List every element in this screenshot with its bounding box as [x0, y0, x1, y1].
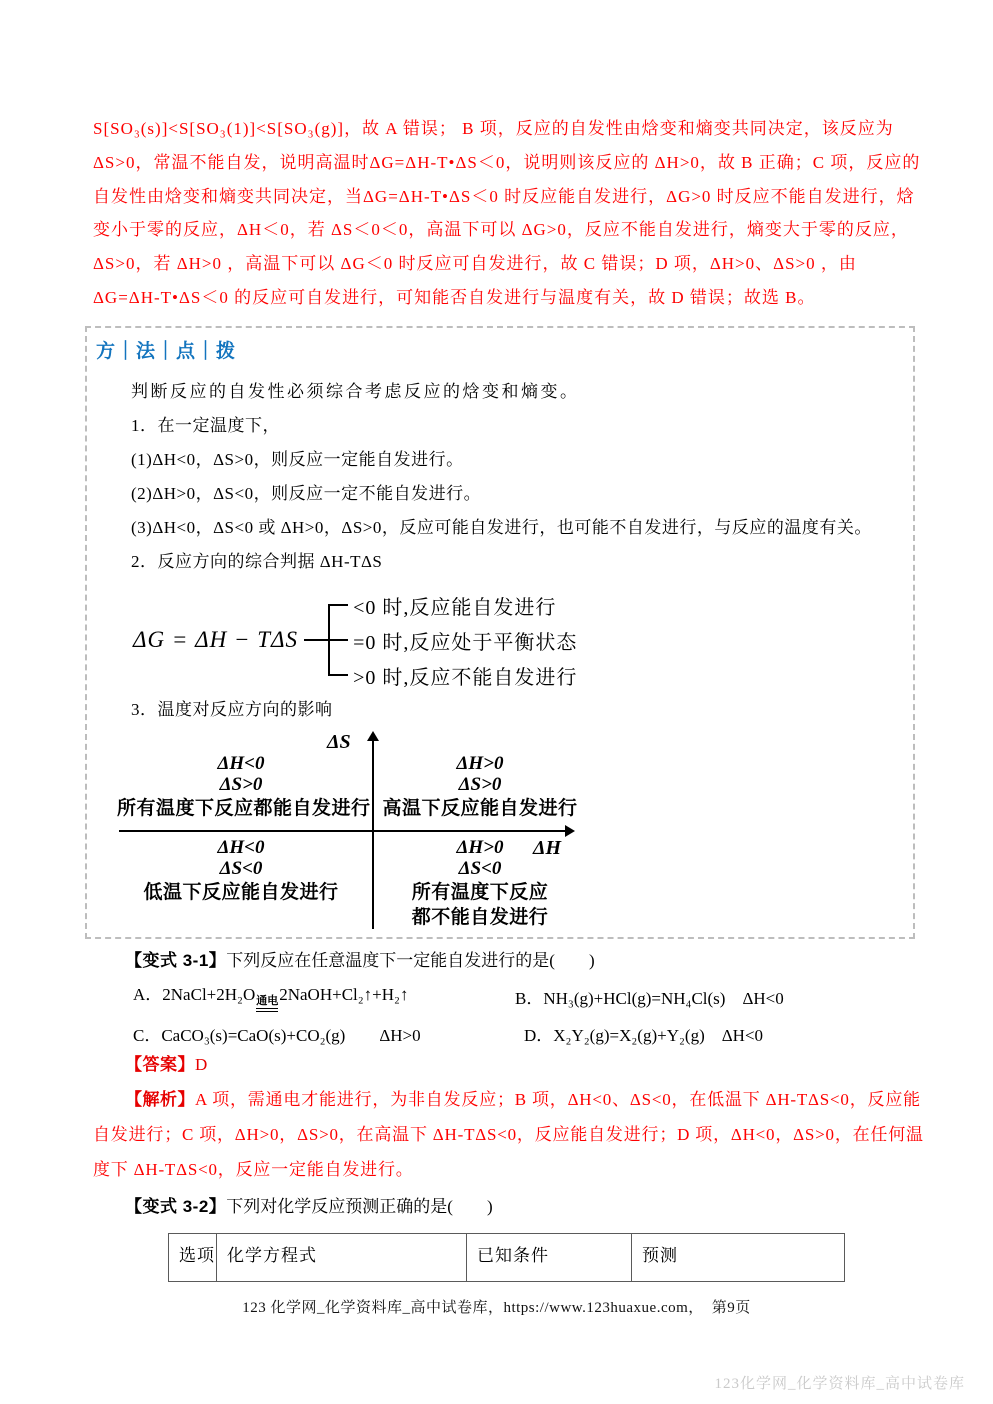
method-item-3: 3．温度对反应方向的影响 [131, 693, 913, 727]
electrolysis-condition: 通电 [256, 996, 278, 1012]
branch-text: =0 时,反应处于平衡状态 [353, 626, 577, 655]
quadrant-top-right: ΔH>0 ΔS>0 高温下反应能自发进行 [380, 753, 580, 820]
y-axis-arrow-icon [367, 731, 379, 741]
quadrant-condition: ΔS<0 [117, 858, 365, 879]
variant-3-2-question: 下列对化学反应预测正确的是( ) [226, 1197, 492, 1216]
red-analysis-line: S[SO₃(s)]<S[SO₃(1)]<S[SO₃(g)]，故 A 错误； B … [93, 112, 918, 146]
method-tips-title: 方｜法｜点｜拨 [96, 336, 913, 363]
prediction-table: 选项 化学方程式 已知条件 预测 [168, 1233, 845, 1282]
answer-label: 【答案】 [125, 1055, 195, 1074]
double-line-icon [256, 1008, 278, 1012]
quadrant-conclusion: 低温下反应能自发进行 [117, 881, 365, 904]
option-a-suffix: 2NaOH+Cl₂↑+H₂↑ [279, 985, 408, 1004]
option-c: C．CaCO₃(s)=CaO(s)+CO₂(g) ΔH>0 [133, 1021, 421, 1046]
red-analysis-block: S[SO₃(s)]<S[SO₃(1)]<S[SO₃(g)]，故 A 错误； B … [93, 112, 918, 315]
figure-branches: <0 时,反应能自发进行 =0 时,反应处于平衡状态 >0 时,反应不能自发进行 [328, 588, 577, 693]
branch-stub-line [328, 674, 348, 676]
quadrant-bottom-left: ΔH<0 ΔS<0 低温下反应能自发进行 [117, 837, 365, 904]
page-footer: 123 化学网_化学资料库_高中试卷库，https://www.123huaxu… [0, 1296, 993, 1317]
quadrant-conclusion: 所有温度下反应都能自发进行 [117, 797, 365, 820]
red-analysis-line: ΔG=ΔH-T•ΔS＜0 的反应可自发进行，可知能否自发进行与温度有关，故 D … [93, 281, 918, 315]
method-tips-box: 方｜法｜点｜拨 判断反应的自发性必须综合考虑反应的焓变和熵变。 1．在一定温度下… [85, 326, 915, 939]
y-axis-line [372, 740, 374, 929]
document-page: S[SO₃(s)]<S[SO₃(1)]<S[SO₃(g)]，故 A 错误； B … [0, 0, 993, 1404]
answer-line: 【答案】D [125, 1050, 207, 1075]
analysis-line: 【解析】A 项，需通电才能进行，为非自发反应；B 项，ΔH<0、ΔS<0，在低温… [125, 1085, 921, 1110]
red-analysis-line: 自发性由焓变和熵变共同决定，当ΔG=ΔH-T•ΔS＜0 时反应能自发进行，ΔG>… [93, 180, 918, 214]
branch-text: <0 时,反应能自发进行 [353, 591, 556, 620]
red-analysis-line: ΔS>0，常温不能自发，说明高温时ΔG=ΔH-T•ΔS＜0，说明则该反应的 ΔH… [93, 146, 918, 180]
method-subitem: (3)ΔH<0，ΔS<0 或 ΔH>0，ΔS>0，反应可能自发进行，也可能不自发… [131, 511, 913, 545]
red-analysis-line: ΔS>0，若 ΔH>0 ，高温下可以 ΔG＜0 时反应可自发进行，故 C 错误；… [93, 247, 918, 281]
quadrant-top-left: ΔH<0 ΔS>0 所有温度下反应都能自发进行 [117, 753, 365, 820]
figure-branch: =0 时,反应处于平衡状态 [328, 623, 577, 658]
x-axis-line [119, 830, 567, 832]
quadrant-condition: ΔH<0 [117, 753, 365, 774]
figure-branch: <0 时,反应能自发进行 [328, 588, 577, 623]
quadrant-bottom-right: ΔH>0 ΔS<0 所有温度下反应 都不能自发进行 [380, 837, 580, 929]
analysis-line: 度下 ΔH-TΔS<0，反应一定能自发进行。 [93, 1155, 414, 1180]
variant-3-2-heading: 【变式 3-2】下列对化学反应预测正确的是( ) [125, 1192, 493, 1217]
quadrant-condition: ΔH>0 [380, 837, 580, 858]
quadrant-condition: ΔS>0 [380, 774, 580, 795]
figure-branch: >0 时,反应不能自发进行 [328, 658, 577, 693]
condition-label: 通电 [256, 996, 278, 1007]
option-a: A．2NaCl+2H₂O通电2NaOH+Cl₂↑+H₂↑ [133, 980, 408, 1012]
branch-stub-line [328, 604, 348, 606]
red-analysis-line: 变小于零的反应，ΔH＜0，若 ΔS＜0＜0，高温下可以 ΔG>0，反应不能自发进… [93, 213, 918, 247]
site-watermark: 123化学网_化学资料库_高中试卷库 [714, 1372, 965, 1393]
figure-brace-line [328, 605, 330, 676]
analysis-text: A 项，需通电才能进行，为非自发反应；B 项，ΔH<0、ΔS<0，在低温下 ΔH… [195, 1090, 921, 1109]
quadrant-conclusion: 都不能自发进行 [380, 906, 580, 929]
delta-g-expression: ΔG = ΔH − TΔS [133, 627, 298, 653]
x-axis-arrow-icon [565, 825, 575, 837]
answer-value: D [195, 1055, 207, 1074]
quadrant-condition: ΔH>0 [380, 753, 580, 774]
method-subitem: (1)ΔH<0，ΔS>0，则反应一定能自发进行。 [131, 443, 913, 477]
option-b: B．NH₃(g)+HCl(g)=NH₄Cl(s) ΔH<0 [515, 984, 784, 1009]
branch-text: >0 时,反应不能自发进行 [353, 661, 577, 690]
quadrant-diagram: ΔS ΔH ΔH<0 ΔS>0 所有温度下反应都能自发进行 ΔH>0 ΔS>0 … [117, 731, 587, 929]
method-item-1: 1．在一定温度下， [131, 409, 913, 443]
branch-stub-line [328, 639, 348, 641]
variant-3-2-label: 【变式 3-2】 [125, 1197, 226, 1216]
delta-g-figure: ΔG = ΔH − TΔS <0 时,反应能自发进行 =0 时,反应处于平衡状态… [133, 587, 913, 693]
table-header-equation: 化学方程式 [217, 1234, 467, 1281]
analysis-line: 自发进行；C 项，ΔH>0，ΔS>0，在高温下 ΔH-TΔS<0，反应能自发进行… [93, 1120, 924, 1145]
method-intro: 判断反应的自发性必须综合考虑反应的焓变和熵变。 [131, 375, 913, 409]
variant-3-1-label: 【变式 3-1】 [125, 951, 226, 970]
table-header-condition: 已知条件 [467, 1234, 632, 1281]
variant-3-1-heading: 【变式 3-1】下列反应在任意温度下一定能自发进行的是( ) [125, 946, 595, 971]
option-d: D．X₂Y₂(g)=X₂(g)+Y₂(g) ΔH<0 [524, 1021, 763, 1046]
analysis-label: 【解析】 [125, 1090, 195, 1109]
variant-3-1-question: 下列反应在任意温度下一定能自发进行的是( ) [226, 951, 594, 970]
quadrant-condition: ΔS>0 [117, 774, 365, 795]
quadrant-conclusion: 高温下反应能自发进行 [380, 797, 580, 820]
y-axis-label: ΔS [327, 731, 351, 754]
quadrant-condition: ΔS<0 [380, 858, 580, 879]
table-header-prediction: 预测 [632, 1234, 844, 1281]
quadrant-conclusion: 所有温度下反应 [380, 881, 580, 904]
table-header-option: 选项 [169, 1234, 217, 1281]
method-subitem: (2)ΔH>0，ΔS<0，则反应一定不能自发进行。 [131, 477, 913, 511]
figure-connector-line [304, 639, 328, 641]
option-a-prefix: A．2NaCl+2H₂O [133, 985, 255, 1004]
method-item-2: 2．反应方向的综合判据 ΔH-TΔS [131, 545, 913, 579]
quadrant-condition: ΔH<0 [117, 837, 365, 858]
